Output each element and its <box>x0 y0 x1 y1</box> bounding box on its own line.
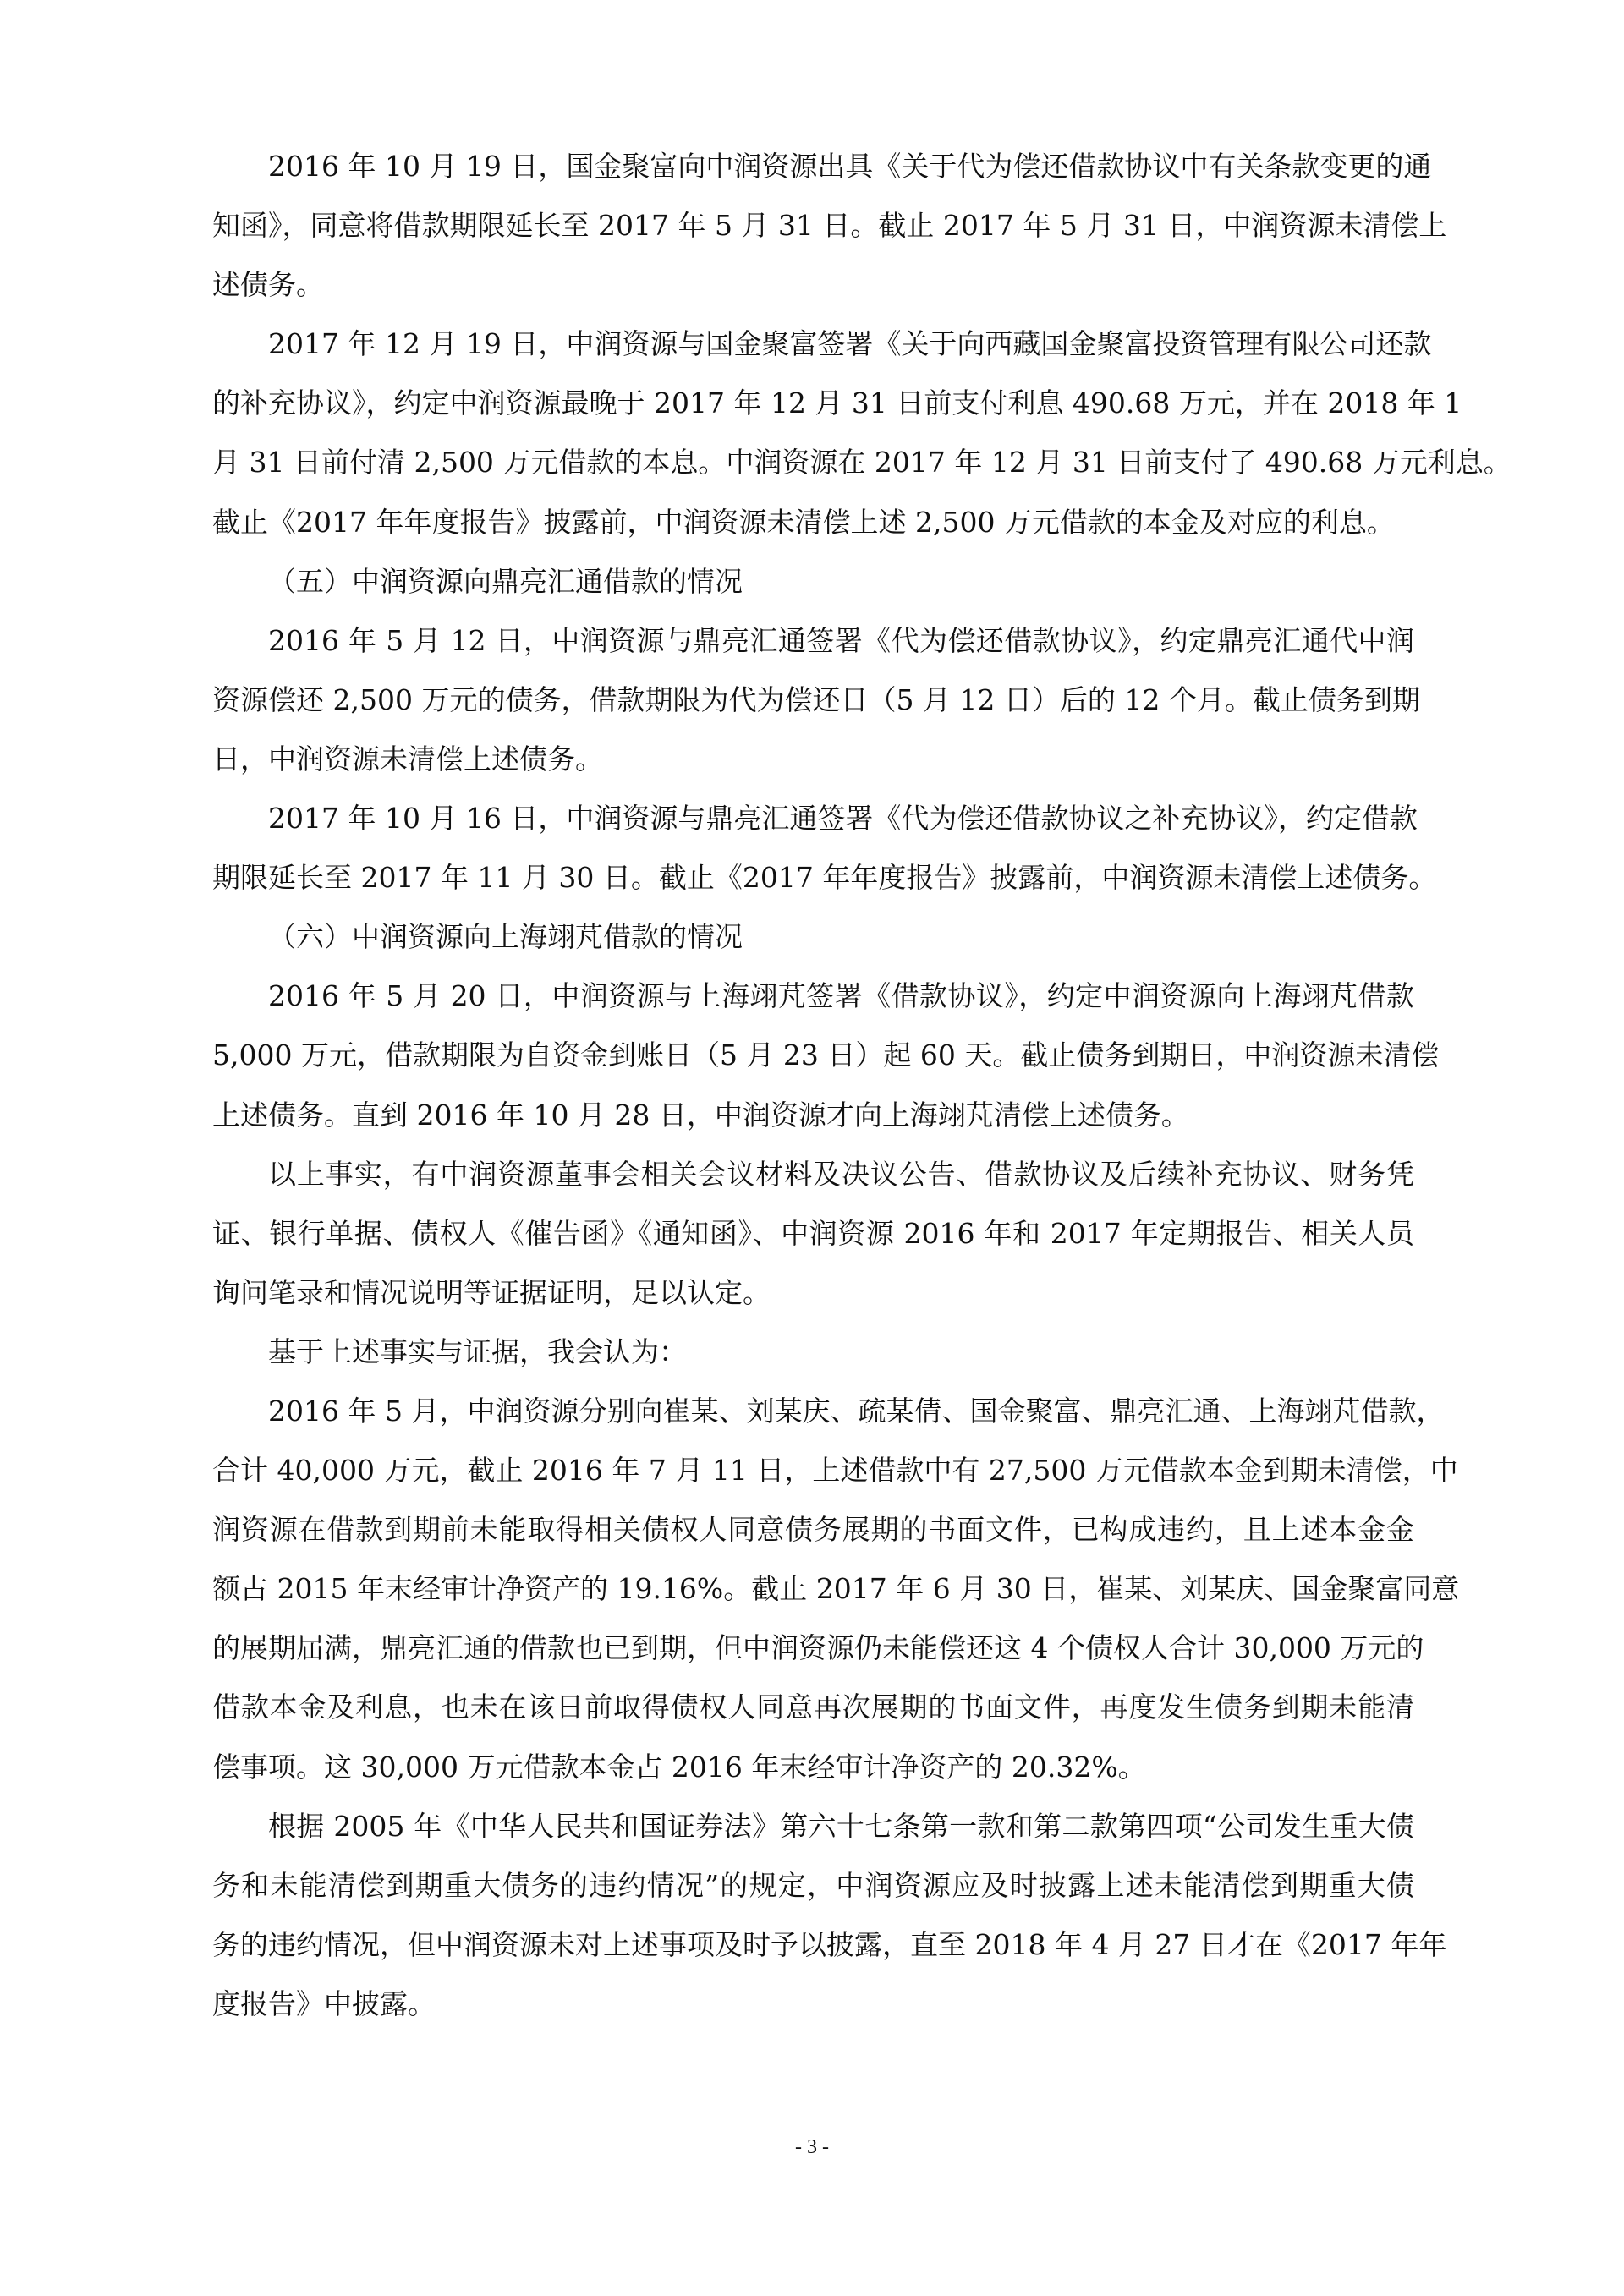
text-line: 知函》，同意将借款期限延长至 2017 年 5 月 31 日。截止 2017 年… <box>212 196 1414 255</box>
text-line: 2016 年 10 月 19 日，国金聚富向中润资源出具《关于代为偿还借款协议中… <box>212 137 1414 196</box>
text-line: （六）中润资源向上海翊芃借款的情况 <box>212 907 1414 967</box>
text-line: 的展期届满，鼎亮汇通的借款也已到期，但中润资源仍未能偿还这 4 个债权人合计 3… <box>212 1619 1414 1678</box>
section-heading: （五）中润资源向鼎亮汇通借款的情况 <box>212 552 1414 611</box>
text-line: （五）中润资源向鼎亮汇通借款的情况 <box>212 552 1414 611</box>
page-number: - 3 - <box>0 2136 1624 2159</box>
text-line: 偿事项。这 30,000 万元借款本金占 2016 年末经审计净资产的 20.3… <box>212 1738 1414 1797</box>
text-line: 月 31 日前付清 2,500 万元借款的本息。中润资源在 2017 年 12 … <box>212 433 1414 492</box>
text-line: 以上事实，有中润资源董事会相关会议材料及决议公告、借款协议及后续补充协议、财务凭 <box>212 1145 1414 1204</box>
document-body: 2016 年 10 月 19 日，国金聚富向中润资源出具《关于代为偿还借款协议中… <box>212 137 1414 2034</box>
section-heading: （六）中润资源向上海翊芃借款的情况 <box>212 907 1414 967</box>
text-line: 截止《2017 年年度报告》披露前，中润资源未清偿上述 2,500 万元借款的本… <box>212 493 1414 552</box>
text-line: 上述债务。直到 2016 年 10 月 28 日，中润资源才向上海翊芃清偿上述债… <box>212 1086 1414 1145</box>
text-line: 证、银行单据、债权人《催告函》《通知函》、中润资源 2016 年和 2017 年… <box>212 1204 1414 1263</box>
paragraph: 2016 年 10 月 19 日，国金聚富向中润资源出具《关于代为偿还借款协议中… <box>212 137 1414 315</box>
text-line: 借款本金及利息，也未在该日前取得债权人同意再次展期的书面文件，再度发生债务到期未… <box>212 1678 1414 1737</box>
text-line: 2016 年 5 月 12 日，中润资源与鼎亮汇通签署《代为偿还借款协议》，约定… <box>212 611 1414 671</box>
text-line: 根据 2005 年《中华人民共和国证券法》第六十七条第一款和第二款第四项“公司发… <box>212 1797 1414 1856</box>
text-line: 额占 2015 年末经审计净资产的 19.16%。截止 2017 年 6 月 3… <box>212 1559 1414 1619</box>
document-page: 2016 年 10 月 19 日，国金聚富向中润资源出具《关于代为偿还借款协议中… <box>0 0 1624 2296</box>
paragraph: 2017 年 10 月 16 日，中润资源与鼎亮汇通签署《代为偿还借款协议之补充… <box>212 789 1414 907</box>
text-line: 2016 年 5 月，中润资源分别向崔某、刘某庆、疏某倩、国金聚富、鼎亮汇通、上… <box>212 1382 1414 1441</box>
paragraph: 2016 年 5 月，中润资源分别向崔某、刘某庆、疏某倩、国金聚富、鼎亮汇通、上… <box>212 1382 1414 1797</box>
text-line: 述债务。 <box>212 255 1414 315</box>
text-line: 合计 40,000 万元，截止 2016 年 7 月 11 日，上述借款中有 2… <box>212 1441 1414 1500</box>
paragraph: 基于上述事实与证据，我会认为： <box>212 1323 1414 1382</box>
text-line: 资源偿还 2,500 万元的债务，借款期限为代为偿还日（5 月 12 日）后的 … <box>212 671 1414 730</box>
paragraph: 以上事实，有中润资源董事会相关会议材料及决议公告、借款协议及后续补充协议、财务凭… <box>212 1145 1414 1323</box>
text-line: 基于上述事实与证据，我会认为： <box>212 1323 1414 1382</box>
text-line: 2016 年 5 月 20 日，中润资源与上海翊芃签署《借款协议》，约定中润资源… <box>212 967 1414 1026</box>
paragraph: 2016 年 5 月 20 日，中润资源与上海翊芃签署《借款协议》，约定中润资源… <box>212 967 1414 1144</box>
paragraph: 根据 2005 年《中华人民共和国证券法》第六十七条第一款和第二款第四项“公司发… <box>212 1797 1414 2034</box>
text-line: 期限延长至 2017 年 11 月 30 日。截止《2017 年年度报告》披露前… <box>212 848 1414 907</box>
text-line: 务的违约情况，但中润资源未对上述事项及时予以披露，直至 2018 年 4 月 2… <box>212 1915 1414 1975</box>
text-line: 询问笔录和情况说明等证据证明，足以认定。 <box>212 1263 1414 1323</box>
text-line: 2017 年 10 月 16 日，中润资源与鼎亮汇通签署《代为偿还借款协议之补充… <box>212 789 1414 848</box>
text-line: 润资源在借款到期前未能取得相关债权人同意债务展期的书面文件，已构成违约，且上述本… <box>212 1500 1414 1559</box>
text-line: 的补充协议》，约定中润资源最晚于 2017 年 12 月 31 日前支付利息 4… <box>212 374 1414 433</box>
paragraph: 2017 年 12 月 19 日，中润资源与国金聚富签署《关于向西藏国金聚富投资… <box>212 315 1414 551</box>
text-line: 2017 年 12 月 19 日，中润资源与国金聚富签署《关于向西藏国金聚富投资… <box>212 315 1414 374</box>
text-line: 5,000 万元，借款期限为自资金到账日（5 月 23 日）起 60 天。截止债… <box>212 1026 1414 1085</box>
text-line: 度报告》中披露。 <box>212 1975 1414 2034</box>
paragraph: 2016 年 5 月 12 日，中润资源与鼎亮汇通签署《代为偿还借款协议》，约定… <box>212 611 1414 789</box>
text-line: 日，中润资源未清偿上述债务。 <box>212 730 1414 789</box>
text-line: 务和未能清偿到期重大债务的违约情况”的规定，中润资源应及时披露上述未能清偿到期重… <box>212 1856 1414 1915</box>
